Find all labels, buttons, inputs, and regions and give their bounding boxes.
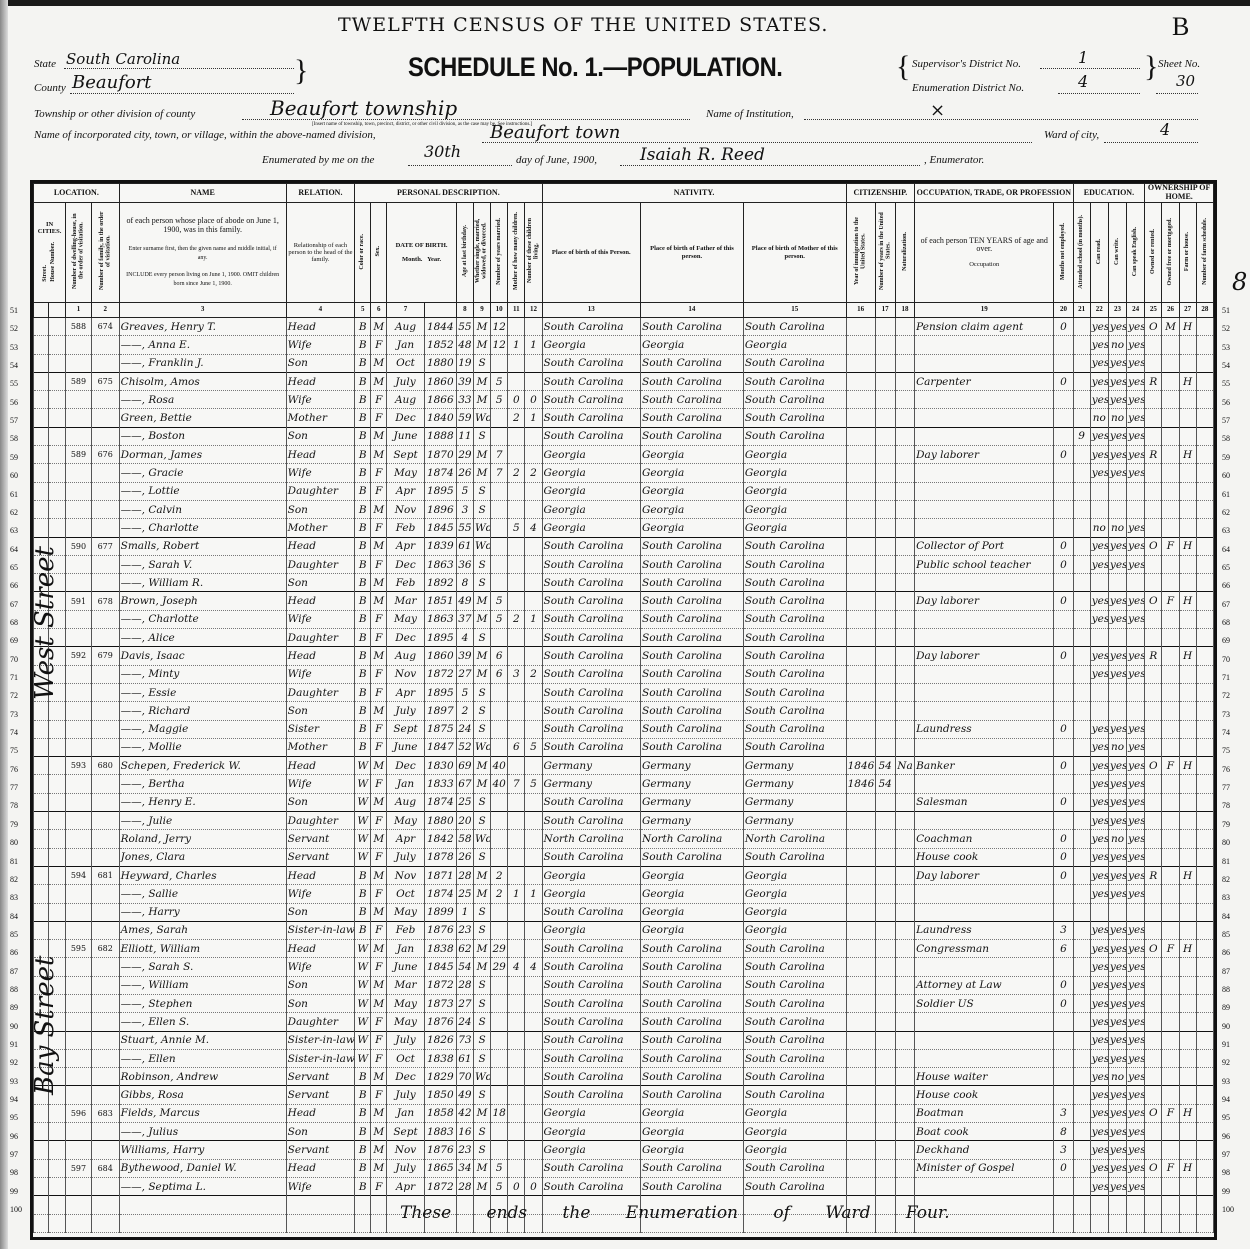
cell-immig: [846, 738, 875, 756]
cell-english: [1127, 574, 1145, 592]
cell-years-us: [875, 830, 895, 848]
cell-living: [525, 1086, 542, 1104]
cell-farm: [1179, 1141, 1196, 1159]
cell-month: Feb: [387, 921, 424, 939]
sheet-line: [1156, 93, 1198, 94]
cell-mortgage: [1162, 519, 1179, 537]
cell-months-unemp: 0: [1054, 318, 1073, 336]
cell-years-married: [491, 500, 508, 518]
cell-farm: H: [1179, 446, 1196, 464]
line-number: 95: [1222, 1113, 1230, 1122]
cell-occupation: Congressman: [915, 940, 1054, 958]
cell-color: B: [355, 921, 371, 939]
cell-read: yes: [1090, 537, 1108, 555]
cell-farm-no: [1196, 885, 1213, 903]
institution-value: ×: [930, 100, 945, 121]
cell-living: 1: [525, 885, 542, 903]
cell-sex: [371, 1196, 387, 1214]
cell-age: 34: [456, 1159, 473, 1177]
cell-owned: O: [1145, 940, 1162, 958]
cell-months-unemp: 3: [1054, 1104, 1073, 1122]
cell-farm-no: [1196, 812, 1213, 830]
cell-occupation: Minister of Gospel: [915, 1159, 1054, 1177]
table-row: 597684Bythewood, Daniel W.HeadBMJuly1865…: [34, 1159, 1214, 1177]
cell-farm: [1179, 1123, 1196, 1141]
line-number: 81: [10, 857, 18, 866]
cell-birth: South Carolina: [542, 372, 641, 390]
cell-birth: South Carolina: [542, 702, 641, 720]
cell-years-married: [491, 555, 508, 573]
cell-read: no: [1090, 409, 1108, 427]
cell-relation: Daughter: [286, 629, 355, 647]
cell-father-birth: South Carolina: [641, 1159, 744, 1177]
cell-natz: [895, 866, 914, 884]
cell-farm-no: [1196, 1104, 1213, 1122]
cell-age: 24: [456, 1013, 473, 1031]
cell-relation: Sister-in-law: [286, 1031, 355, 1049]
line-number: 98: [10, 1168, 18, 1177]
cell-natz: [895, 610, 914, 628]
cell-english: yes: [1127, 885, 1145, 903]
cell-immig: [846, 482, 875, 500]
table-row: ——, MaggieSisterBFSept187524SSouth Carol…: [34, 720, 1214, 738]
header-birth-mother: Place of birth of Mother of this person.: [743, 203, 846, 303]
cell-english: yes: [1127, 318, 1145, 336]
cell-mother-of: [508, 702, 525, 720]
cell-relation: Head: [286, 1159, 355, 1177]
cell-family: [91, 391, 119, 409]
cell-natz: [895, 775, 914, 793]
cell-mortgage: [1162, 793, 1179, 811]
cell-name: ——, Stephen: [119, 994, 286, 1012]
table-row: 591678Brown, JosephHeadBMMar185149M5Sout…: [34, 592, 1214, 610]
cell-house-number: [48, 482, 65, 500]
cell-read: yes: [1090, 738, 1108, 756]
cell-marital: S: [473, 1031, 490, 1049]
cell-relation: Head: [286, 537, 355, 555]
cell-marital: M: [473, 372, 490, 390]
state-county-brace: }: [294, 56, 308, 86]
cell-farm: [1179, 738, 1196, 756]
cell-read: yes: [1090, 1104, 1108, 1122]
cell-year: 1829: [424, 1068, 456, 1086]
cell-dwelling: 589: [66, 372, 92, 390]
table-row: 590677Smalls, RobertHeadBMApr183961WdSou…: [34, 537, 1214, 555]
cell-mother-of: [508, 574, 525, 592]
cell-month: July: [387, 702, 424, 720]
cell-age: 55: [456, 519, 473, 537]
cell-sex: M: [371, 537, 387, 555]
cell-years-married: 6: [491, 647, 508, 665]
cell-family: [91, 683, 119, 701]
column-number: 15: [743, 303, 846, 318]
cell-immig: [846, 994, 875, 1012]
cell-age: 70: [456, 1068, 473, 1086]
cell-months-unemp: 0: [1054, 647, 1073, 665]
cell-dwelling: 588: [66, 318, 92, 336]
cell-english: yes: [1127, 1141, 1145, 1159]
header-school: Attended school (in months).: [1073, 203, 1090, 303]
cell-years-married: [491, 994, 508, 1012]
cell-family: 682: [91, 940, 119, 958]
cell-street: [34, 519, 49, 537]
cell-years-us: [875, 574, 895, 592]
cell-dwelling: [66, 555, 92, 573]
cell-write: yes: [1108, 537, 1126, 555]
cell-years-us: [875, 1031, 895, 1049]
cell-name: [119, 1214, 286, 1232]
line-number: 58: [10, 434, 18, 443]
cell-mortgage: F: [1162, 1104, 1179, 1122]
cell-name: ——, Franklin J.: [119, 354, 286, 372]
cell-month: Jan: [387, 1104, 424, 1122]
cell-immig: [846, 537, 875, 555]
cell-father-birth: South Carolina: [641, 354, 744, 372]
end-note: These ends the Enumeration of Ward Four.: [400, 1203, 950, 1223]
cell-living: 1: [525, 409, 542, 427]
cell-father-birth: South Carolina: [641, 994, 744, 1012]
cell-school: [1073, 683, 1090, 701]
cell-years-married: [491, 1068, 508, 1086]
cell-write: yes: [1108, 446, 1126, 464]
cell-farm-no: [1196, 793, 1213, 811]
cell-months-unemp: [1054, 812, 1073, 830]
cell-immig: 1846: [846, 775, 875, 793]
table-row: Williams, HarryServantBMNov187623SGeorgi…: [34, 1141, 1214, 1159]
cell-name: ——, Richard: [119, 702, 286, 720]
cell-mortgage: M: [1162, 318, 1179, 336]
cell-school: [1073, 1177, 1090, 1195]
cell-school: [1073, 537, 1090, 555]
cell-house-number: [48, 391, 65, 409]
ed-line: [1058, 93, 1140, 94]
cell-occupation: [915, 958, 1054, 976]
cell-living: [525, 702, 542, 720]
cell-father-birth: Georgia: [641, 1123, 744, 1141]
cell-farm-no: [1196, 647, 1213, 665]
cell-birth: South Carolina: [542, 903, 641, 921]
cell-father-birth: South Carolina: [641, 720, 744, 738]
cell-month: July: [387, 1031, 424, 1049]
line-number: 82: [10, 875, 18, 884]
cell-marital: S: [473, 921, 490, 939]
cell-english: yes: [1127, 427, 1145, 445]
cell-marital: M: [473, 885, 490, 903]
cell-owned: O: [1145, 1104, 1162, 1122]
page-top-border: [0, 0, 1250, 6]
table-row: 588674Greaves, Henry T.HeadBMAug184455M1…: [34, 318, 1214, 336]
line-number: 97: [10, 1150, 18, 1159]
cell-living: [525, 683, 542, 701]
cell-birth: South Carolina: [542, 1086, 641, 1104]
cell-age: 67: [456, 775, 473, 793]
cell-years-us: [875, 391, 895, 409]
cell-farm: [1179, 1049, 1196, 1067]
cell-age: 3: [456, 500, 473, 518]
cell-birth: South Carolina: [542, 1068, 641, 1086]
cell-marital: M: [473, 592, 490, 610]
cell-farm-no: [1196, 994, 1213, 1012]
cell-write: yes: [1108, 665, 1126, 683]
cell-marital: S: [473, 427, 490, 445]
cell-name: Robinson, Andrew: [119, 1068, 286, 1086]
cell-age: 20: [456, 812, 473, 830]
cell-years-us: [875, 482, 895, 500]
cell-english: [1127, 629, 1145, 647]
cell-birth: South Carolina: [542, 318, 641, 336]
cell-age: 19: [456, 354, 473, 372]
cell-months-unemp: [1054, 427, 1073, 445]
cell-school: [1073, 391, 1090, 409]
cell-years-us: [875, 1013, 895, 1031]
cell-age: 42: [456, 1104, 473, 1122]
cell-family: [91, 482, 119, 500]
line-number: 82: [1222, 875, 1230, 884]
cell-color: B: [355, 866, 371, 884]
cell-name: ——, Septima L.: [119, 1177, 286, 1195]
line-number: 54: [10, 361, 18, 370]
cell-years-married: 29: [491, 940, 508, 958]
cell-owned: [1145, 629, 1162, 647]
cell-dwelling: [66, 885, 92, 903]
cell-write: yes: [1108, 1159, 1126, 1177]
enumerator-name: Isaiah R. Reed: [640, 145, 765, 165]
line-number: 69: [1222, 636, 1230, 645]
cell-house-number: [48, 318, 65, 336]
cell-owned: [1145, 1177, 1162, 1195]
cell-years-us: [875, 446, 895, 464]
cell-age: 33: [456, 391, 473, 409]
column-number: 24: [1127, 303, 1145, 318]
cell-sex: M: [371, 500, 387, 518]
cell-dwelling: [66, 921, 92, 939]
group-name: NAME: [119, 184, 286, 203]
column-number: 12: [525, 303, 542, 318]
cell-name: ——, Harry: [119, 903, 286, 921]
cell-name: ——, Ellen S.: [119, 1013, 286, 1031]
cell-birth: South Carolina: [542, 574, 641, 592]
column-number: 10: [491, 303, 508, 318]
cell-age: 28: [456, 976, 473, 994]
cell-month: June: [387, 738, 424, 756]
cell-marital: S: [473, 482, 490, 500]
cell-dwelling: [66, 1086, 92, 1104]
cell-school: [1073, 446, 1090, 464]
cell-living: [525, 921, 542, 939]
cell-mother-of: [508, 1049, 525, 1067]
column-number: 5: [355, 303, 371, 318]
cell-marital: M: [473, 318, 490, 336]
margin-mark: 8: [1232, 268, 1247, 296]
cell-years-us: [875, 1177, 895, 1195]
cell-natz: [895, 976, 914, 994]
cell-street: [34, 372, 49, 390]
cell-year: 1844: [424, 318, 456, 336]
cell-occupation: [915, 775, 1054, 793]
cell-family: [91, 610, 119, 628]
cell-read: yes: [1090, 866, 1108, 884]
cell-birth: Germany: [542, 775, 641, 793]
cell-occupation: Deckhand: [915, 1141, 1054, 1159]
cell-years-us: [875, 921, 895, 939]
cell-immig: [846, 610, 875, 628]
cell-name: Dorman, James: [119, 446, 286, 464]
cell-years-married: 5: [491, 1177, 508, 1195]
cell-occupation: [915, 1177, 1054, 1195]
cell-years-married: [491, 482, 508, 500]
cell-year: 1826: [424, 1031, 456, 1049]
cell-dwelling: [66, 738, 92, 756]
cell-sex: F: [371, 1049, 387, 1067]
cell-occupation: [915, 354, 1054, 372]
line-number: 60: [10, 471, 18, 480]
line-number: 54: [1222, 361, 1230, 370]
cell-marital: S: [473, 848, 490, 866]
cell-family: [91, 720, 119, 738]
cell-years-us: [875, 903, 895, 921]
cell-owned: [1145, 958, 1162, 976]
cell-living: [525, 592, 542, 610]
cell-sex: F: [371, 812, 387, 830]
table-row: ——, Anna E.WifeBFJan185248M1211GeorgiaGe…: [34, 336, 1214, 354]
cell-marital: Wd: [473, 830, 490, 848]
header-owned: Owned or rented.: [1145, 203, 1162, 303]
cell-dwelling: 593: [66, 757, 92, 775]
cell-father-birth: South Carolina: [641, 1013, 744, 1031]
cell-english: yes: [1127, 866, 1145, 884]
cell-marital: M: [473, 391, 490, 409]
line-number: 92: [10, 1058, 18, 1067]
cell-natz: [895, 427, 914, 445]
cell-mortgage: [1162, 830, 1179, 848]
cell-name: Smalls, Robert: [119, 537, 286, 555]
cell-dwelling: [66, 500, 92, 518]
cell-years-us: [875, 994, 895, 1012]
cell-mortgage: [1162, 555, 1179, 573]
cell-family: [91, 1123, 119, 1141]
cell-mother-of: [508, 629, 525, 647]
cell-farm: [1179, 903, 1196, 921]
cell-mortgage: F: [1162, 757, 1179, 775]
cell-farm: [1179, 793, 1196, 811]
cell-write: yes: [1108, 812, 1126, 830]
cell-english: yes: [1127, 446, 1145, 464]
cell-house-number: [48, 866, 65, 884]
cell-relation: Wife: [286, 1177, 355, 1195]
cell-mother-of: [508, 318, 525, 336]
cell-owned: [1145, 885, 1162, 903]
cell-read: yes: [1090, 848, 1108, 866]
cell-owned: [1145, 336, 1162, 354]
line-number: 56: [1222, 398, 1230, 407]
cell-school: [1073, 409, 1090, 427]
cell-occupation: [915, 683, 1054, 701]
cell-mother-birth: Germany: [743, 793, 846, 811]
cell-farm-no: [1196, 848, 1213, 866]
cell-mother-birth: Georgia: [743, 482, 846, 500]
cell-color: B: [355, 409, 371, 427]
cell-farm: [1179, 921, 1196, 939]
cell-occupation: [915, 885, 1054, 903]
cell-month: Nov: [387, 500, 424, 518]
cell-family: [91, 1031, 119, 1049]
cell-owned: [1145, 391, 1162, 409]
cell-mother-of: [508, 994, 525, 1012]
line-number: 79: [10, 820, 18, 829]
group-relation: RELATION.: [286, 184, 355, 203]
cell-mother-birth: South Carolina: [743, 555, 846, 573]
cell-age: 69: [456, 757, 473, 775]
cell-dwelling: [66, 903, 92, 921]
cell-owned: [1145, 409, 1162, 427]
sheet-label: Sheet No.: [1158, 58, 1200, 70]
line-number: 53: [1222, 343, 1230, 352]
enumerated-day: 30th: [424, 142, 461, 161]
cell-house-number: [48, 885, 65, 903]
cell-father-birth: Georgia: [641, 500, 744, 518]
cell-natz: [895, 1086, 914, 1104]
cell-street: [34, 812, 49, 830]
cell-family: [91, 427, 119, 445]
cell-immig: [846, 574, 875, 592]
cell-relation: Daughter: [286, 1013, 355, 1031]
cell-birth: Georgia: [542, 336, 641, 354]
cell-farm: H: [1179, 1159, 1196, 1177]
cell-years-us: [875, 866, 895, 884]
cell-write: no: [1108, 409, 1126, 427]
cell-month: May: [387, 1013, 424, 1031]
cell-months-unemp: 0: [1054, 793, 1073, 811]
city-value: Beaufort town: [490, 122, 620, 143]
header-months-unemployed: Months not employed.: [1054, 203, 1073, 303]
line-number: 72: [10, 691, 18, 700]
cell-relation: Mother: [286, 738, 355, 756]
cell-years-us: [875, 427, 895, 445]
cell-immig: [846, 903, 875, 921]
cell-years-us: [875, 885, 895, 903]
cell-read: yes: [1090, 1159, 1108, 1177]
cell-year: 1865: [424, 1159, 456, 1177]
cell-english: yes: [1127, 720, 1145, 738]
sheet-letter: B: [1172, 12, 1189, 42]
cell-write: [1108, 683, 1126, 701]
cell-school: [1073, 482, 1090, 500]
table-row: ——, Ellen S.DaughterWFMay187624SSouth Ca…: [34, 1013, 1214, 1031]
line-number: 68: [1222, 618, 1230, 627]
cell-marital: S: [473, 354, 490, 372]
cell-color: B: [355, 1068, 371, 1086]
header-birth-person: Place of birth of this Person.: [542, 203, 641, 303]
cell-dwelling: [66, 574, 92, 592]
cell-read: yes: [1090, 720, 1108, 738]
cell-street: [34, 1214, 49, 1232]
line-number: 97: [1222, 1150, 1230, 1159]
cell-occupation: Salesman: [915, 793, 1054, 811]
enumerated-suffix: day of June, 1900,: [516, 154, 597, 166]
cell-father-birth: South Carolina: [641, 1086, 744, 1104]
line-number: 63: [10, 526, 18, 535]
cell-street: [34, 1177, 49, 1195]
cell-father-birth: South Carolina: [641, 683, 744, 701]
cell-occupation: Day laborer: [915, 592, 1054, 610]
cell-years-married: 40: [491, 775, 508, 793]
cell-years-us: [875, 702, 895, 720]
cell-year: 1845: [424, 519, 456, 537]
cell-sex: M: [371, 1141, 387, 1159]
cell-immig: [846, 1013, 875, 1031]
cell-farm: [1179, 336, 1196, 354]
cell-year: 1838: [424, 1049, 456, 1067]
